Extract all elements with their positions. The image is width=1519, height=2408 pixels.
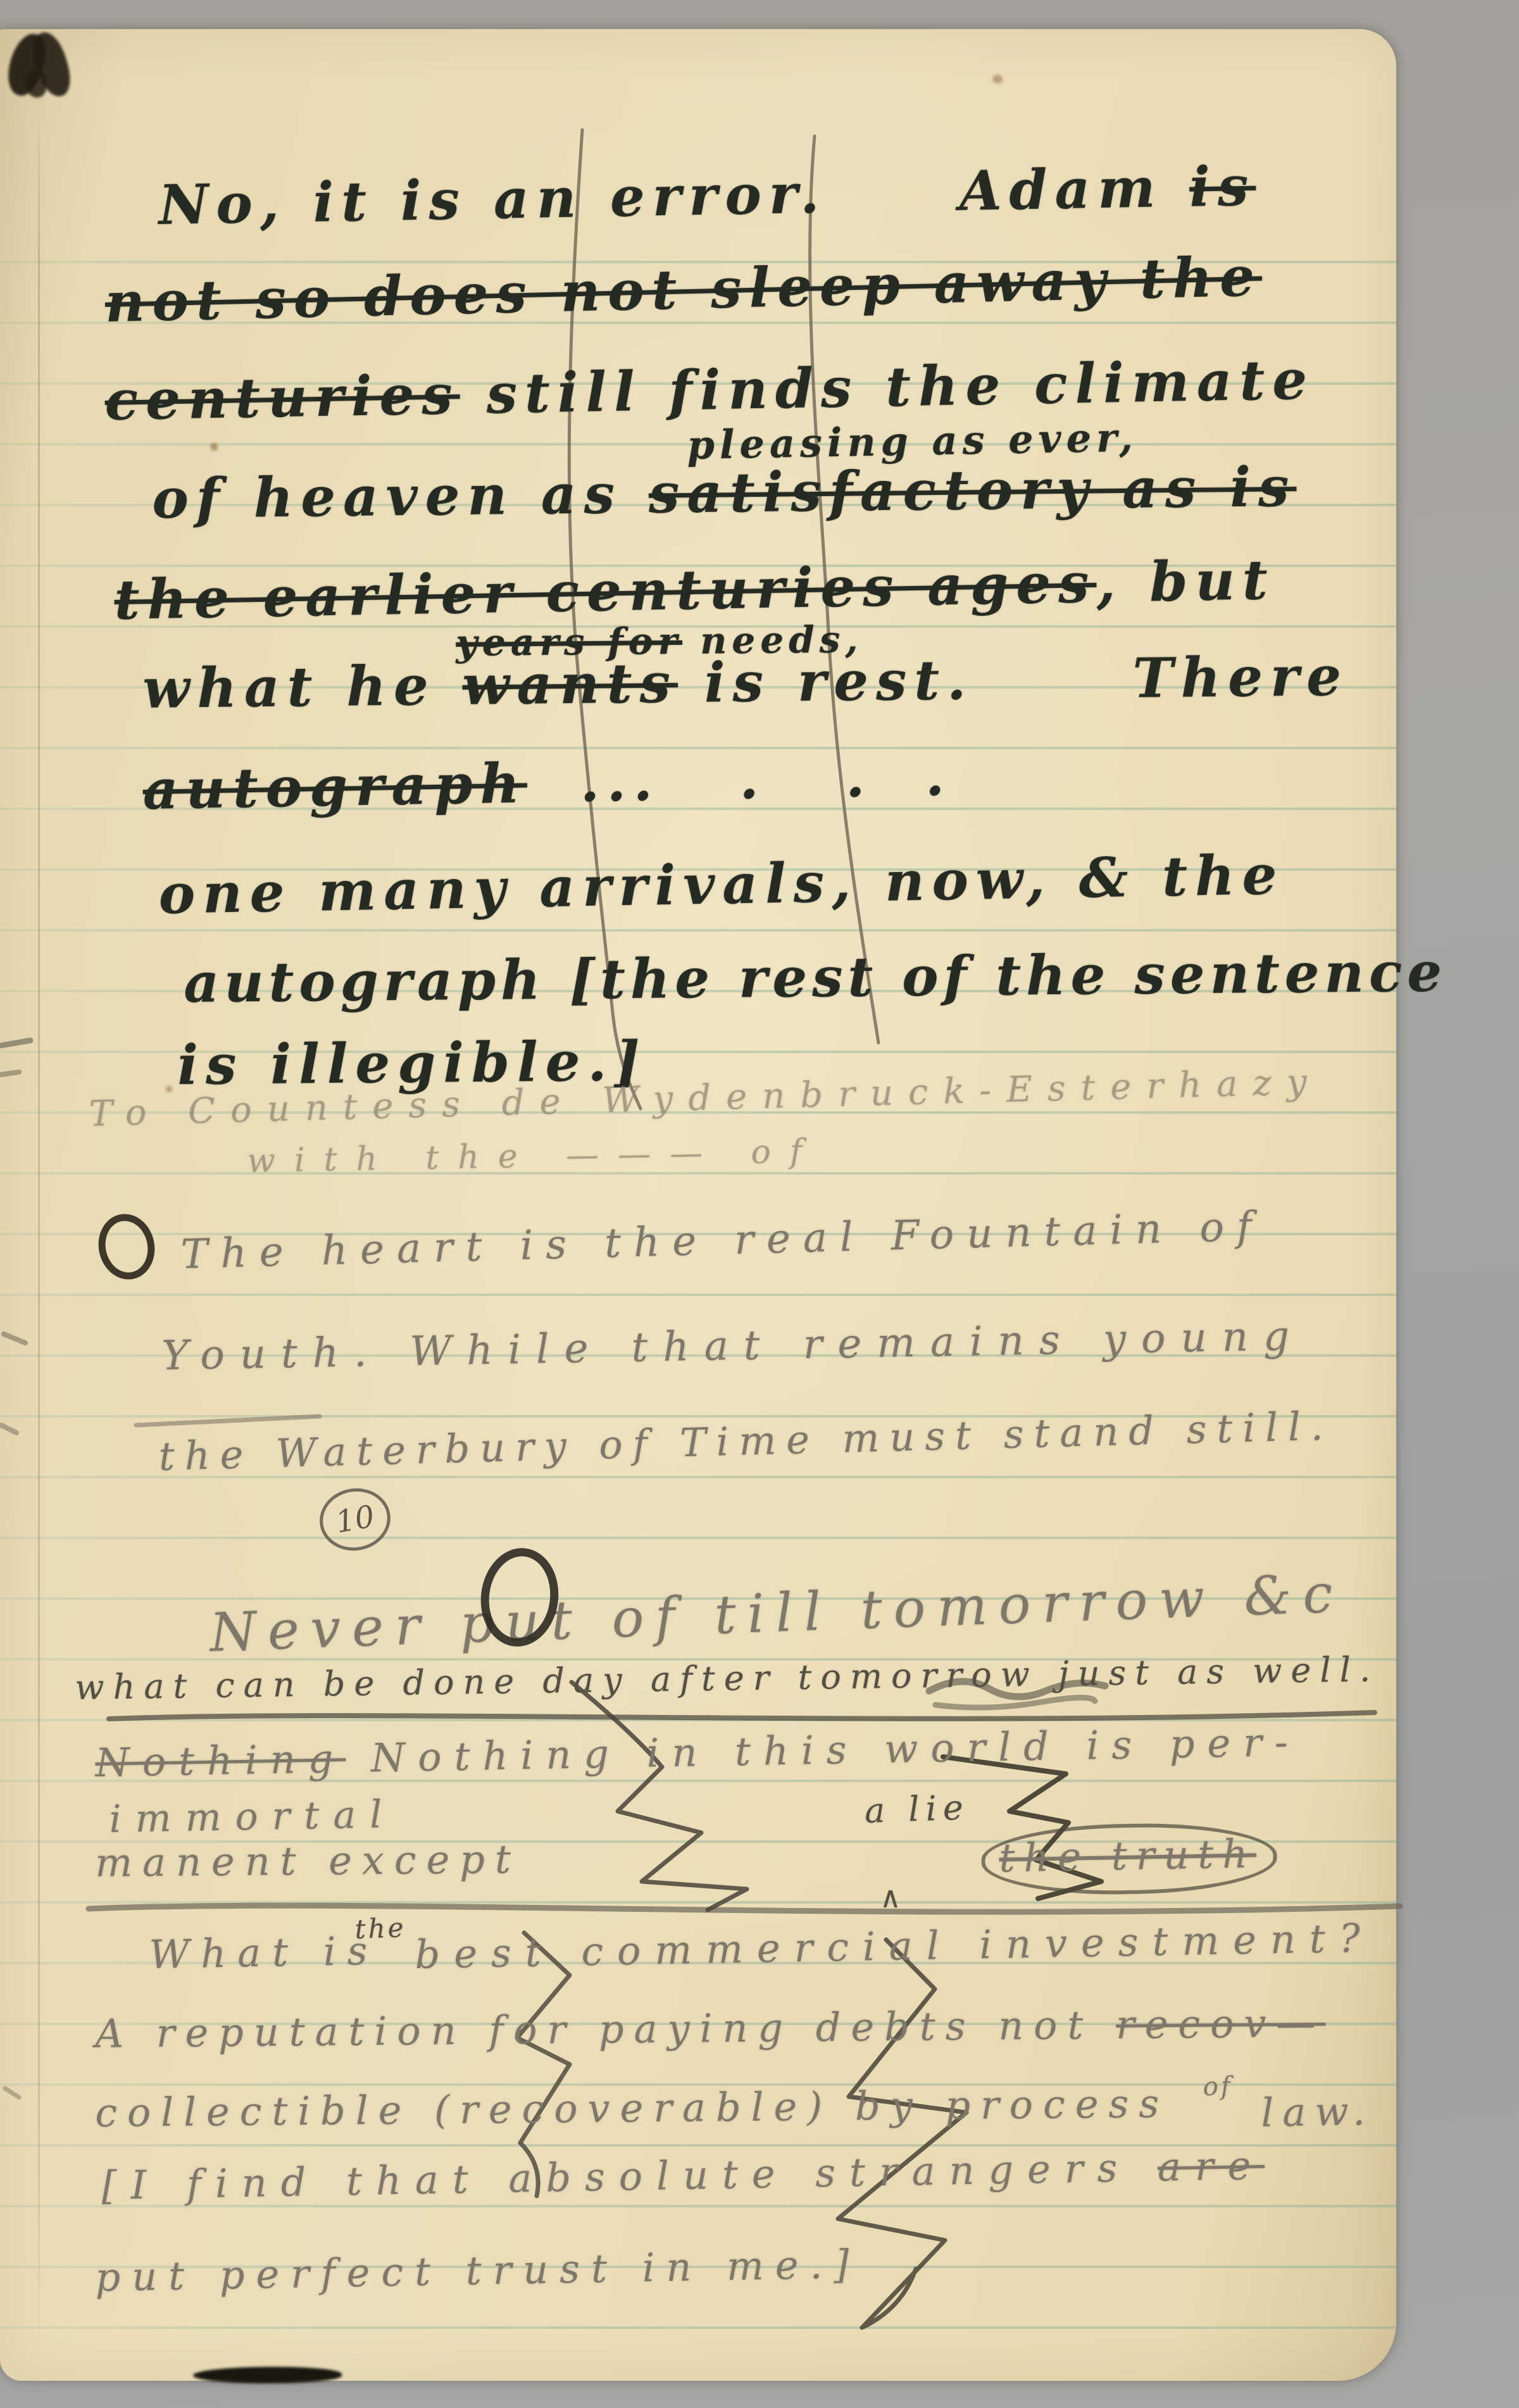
ink-line-9: autograph [the rest of the sentence [184, 945, 1447, 1011]
pencil-reputation-line: A reputation for paying debts not recov— [95, 2004, 1326, 2054]
pencil-of-insert-seg-0: of [1203, 2071, 1233, 2102]
margin-stray-5 [5, 2088, 19, 2097]
ink-line-4: of heaven as satisfactory as is [152, 460, 1297, 527]
ink-line-5-seg-1: , but [1096, 548, 1275, 615]
ink-blot-topleft-c [25, 70, 47, 97]
pencil-what-is: What is [149, 1931, 379, 1974]
ink-line-3-seg-0-struck: centuries [104, 363, 461, 433]
pencil-collectible-line-seg-0: collectible (recoverable) by process [95, 2080, 1169, 2136]
pencil-immortal-word-seg-0: immortal [109, 1792, 396, 1842]
margin-stray-2 [1, 1072, 19, 1075]
pencil-the-insert-seg-0: the [354, 1912, 406, 1945]
fox-spot-3 [166, 1086, 172, 1092]
ink-line-7: autograph ... . . . [142, 749, 953, 818]
pencil-caret: ∧ [880, 1883, 901, 1912]
pencil-i-find-line-seg-1-struck: are [1157, 2142, 1265, 2190]
pencil-a-lie-insert-seg-0: a lie [864, 1787, 970, 1831]
pencil-collectible-line: collectible (recoverable) by process [95, 2084, 1169, 2133]
ink-line-6-seg-1-struck: wants [462, 651, 678, 718]
pencil-reputation-line-seg-1-struck: recov— [1116, 2000, 1326, 2048]
pencil-manent-line-seg-0: manent except [95, 1836, 521, 1886]
pencil-divider-line [89, 1906, 1400, 1912]
pencil-manent-line: manent except [95, 1840, 521, 1883]
ink-line-9-seg-0: autograph [the rest of the sentence [184, 940, 1447, 1015]
ink-line-7-seg-1: ... . . . [527, 744, 953, 816]
ink-line-6-seg-0: what he [142, 654, 463, 721]
ink-line-6-seg-2: is rest. There [677, 644, 1349, 715]
pencil-with-the-line: with the ——— of [247, 1135, 822, 1178]
circled-10-mark-label: 10 [333, 1499, 377, 1540]
pencil-immortal-word: immortal [109, 1795, 396, 1838]
margin-stray-3 [4, 1334, 25, 1343]
pencil-caret-seg-0: ∧ [880, 1880, 901, 1914]
pencil-law-word: law. [1261, 2092, 1374, 2133]
fox-spot-2 [992, 75, 1003, 84]
ink-line-7-seg-0-struck: autograph [142, 751, 528, 822]
pencil-nothing-line-seg-0-struck: Nothing [95, 1735, 346, 1786]
pencil-the-insert: the [354, 1914, 406, 1943]
ink-line-4-seg-1-struck: satisfactory as is [648, 455, 1297, 526]
pencil-what-is-seg-0: What is [149, 1928, 379, 1978]
ink-line-1-seg-1-struck: is [1189, 154, 1256, 220]
pencil-of-insert: of [1203, 2073, 1233, 2100]
pencil-reputation-line-seg-0: A reputation for paying debts not [95, 2002, 1116, 2057]
margin-stray-1 [1, 1040, 30, 1045]
ink-line-4-seg-0: of heaven as [152, 462, 649, 531]
stray-pencil-line-waterbury [136, 1416, 320, 1425]
pencil-strike-under-whatcan [109, 1712, 1375, 1719]
fox-spot-1 [210, 443, 218, 451]
pencil-a-lie-insert: a lie [864, 1790, 970, 1828]
pencil-the-truth-oval: the truth [981, 1834, 1277, 1878]
margin-stray-4 [1, 1425, 16, 1433]
ink-line-6: what he wants is rest. There [142, 649, 1349, 716]
pencil-law-word-seg-0: law. [1261, 2088, 1374, 2136]
scanned-notebook-photo: { "document": { "kind": "handwritten not… [0, 0, 1519, 2408]
